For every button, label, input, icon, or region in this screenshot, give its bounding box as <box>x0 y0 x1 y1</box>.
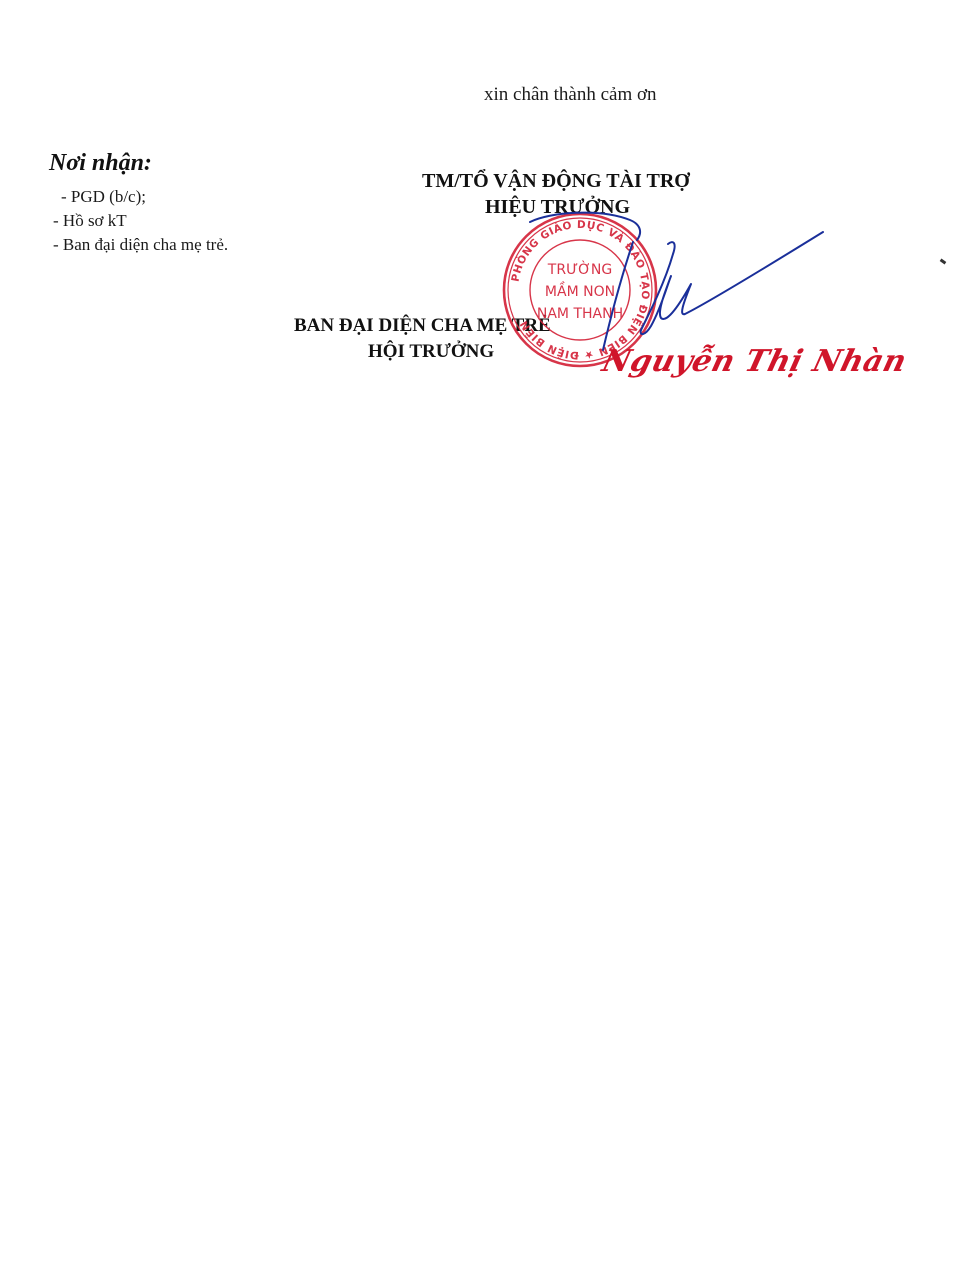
signature-organization: TM/TỔ VẬN ĐỘNG TÀI TRỢ <box>422 170 690 193</box>
recipients-title: Nơi nhận: <box>49 150 152 177</box>
parents-role: HỘI TRƯỞNG <box>368 341 494 363</box>
recipient-item: - Ban đại diện cha mẹ trẻ. <box>53 235 228 255</box>
signer-name: Nguyễn Thị Nhàn <box>599 344 911 379</box>
signature-stroke-icon <box>505 212 835 362</box>
scan-artifact <box>940 259 947 265</box>
recipient-item: - PGD (b/c); <box>61 187 146 207</box>
recipient-item: - Hồ sơ kT <box>53 211 127 231</box>
handwritten-signature <box>505 212 835 362</box>
closing-line: xin chân thành cảm ơn <box>484 84 657 106</box>
